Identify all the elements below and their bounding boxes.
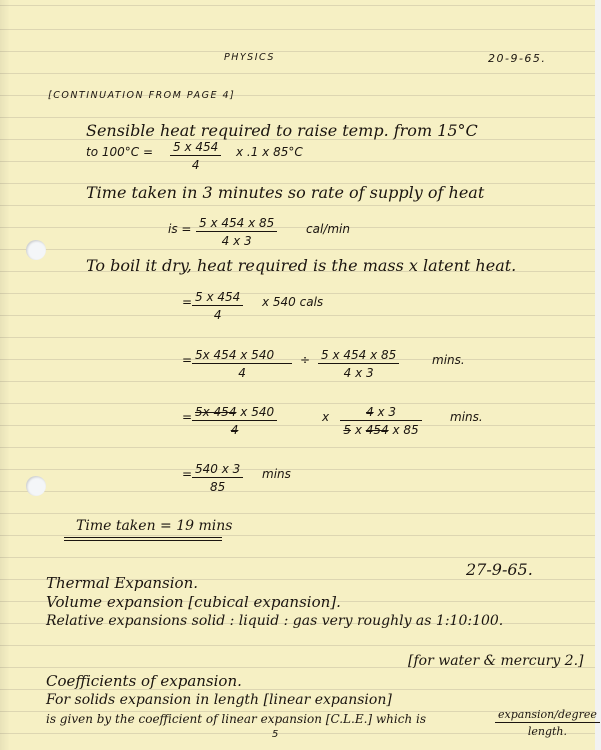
fraction-numerator: 5 x 454 [170,140,221,156]
step3-suffix: mins. [450,410,483,424]
punch-hole-bottom [26,476,46,496]
section2-date: 27-9-65. [466,561,533,579]
sensible-heat-prefix: to 100°C = [86,145,153,159]
page-edge [595,0,601,750]
continuation-note: [CONTINUATION FROM PAGE 4] [48,90,235,101]
rate-fraction: 5 x 454 x 85 4 x 3 [196,216,277,248]
step2-divide: ÷ [300,353,310,367]
header-date: 20-9-65. [488,52,546,65]
cancelled-term: 4 [366,405,374,419]
fraction-numerator: 5x 454 x 540 [192,348,292,364]
fraction-denominator: 4 [192,156,200,172]
relative-expansions-line: Relative expansions solid : liquid : gas… [46,612,503,630]
fraction-denominator: 85 [210,478,225,494]
rate-prefix: is = [168,222,191,236]
rate-line: Time taken in 3 minutes so rate of suppl… [86,184,484,202]
step2-fraction-b: 5 x 454 x 85 4 x 3 [318,348,399,380]
fraction-denominator: length. [528,723,567,738]
thermal-expansion-title: Thermal Expansion. [46,574,198,592]
result-double-underline [64,540,222,541]
linear-expansion-line: For solids expansion in length [linear e… [46,691,392,709]
fraction-denominator: 4 [231,421,239,437]
fraction-denominator: 4 [214,306,222,322]
remaining-term: x 3 [377,405,396,419]
fraction-numerator: 5 x 454 x 85 [196,216,277,232]
result-underline [64,537,222,538]
cancelled-term: 454 [366,423,389,437]
fraction-numerator: 540 x 3 [192,462,243,478]
remaining-term: x 85 [392,423,418,437]
cancelled-term: 5 [343,423,351,437]
step4-fraction: 540 x 3 85 [192,462,243,494]
rate-suffix: cal/min [306,222,350,236]
fraction-numerator: expansion/degree [495,708,600,723]
cle-fraction: expansion/degree length. [495,708,600,738]
coefficients-title: Coefficients of expansion. [46,672,242,690]
sensible-heat-fraction: 5 x 454 4 [170,140,221,172]
step2-suffix: mins. [432,353,465,367]
step2-fraction-a: 5x 454 x 540 4 [192,348,292,380]
step1-fraction: 5 x 454 4 [192,290,243,322]
cle-line: is given by the coefficient of linear ex… [46,710,426,728]
fraction-numerator: 4 x 3 [340,405,422,421]
step3-multiply: x [322,410,329,424]
operator: x [355,423,362,437]
step3-fraction-b: 4 x 3 5 x 454 x 85 [340,405,422,437]
step3-fraction-a: 5x 454 x 540 4 [192,405,277,437]
volume-expansion-line: Volume expansion [cubical expansion]. [46,593,341,611]
sensible-heat-suffix: x .1 x 85°C [236,145,303,159]
water-mercury-note: [for water & mercury 2.] [408,652,584,670]
step1-prefix: = [182,295,192,309]
fraction-denominator: 4 [238,364,246,380]
step2-prefix: = [182,353,192,367]
fraction-denominator: 4 x 3 [222,232,252,248]
fraction-numerator: 5 x 454 x 85 [318,348,399,364]
cancelled-term: 5x 454 [195,405,236,419]
time-taken-result: Time taken = 19 mins [76,517,232,535]
boil-dry-line: To boil it dry, heat required is the mas… [86,257,516,275]
fraction-denominator: 4 x 3 [344,364,374,380]
fraction-numerator: 5x 454 x 540 [192,405,277,421]
step3-prefix: = [182,410,192,424]
subject-heading: PHYSICS [224,52,275,63]
remaining-term: x 540 [240,405,274,419]
fraction-denominator: 5 x 454 x 85 [343,421,418,437]
step1-suffix: x 540 cals [262,295,323,309]
notebook-page: PHYSICS 20-9-65. [CONTINUATION FROM PAGE… [0,0,601,750]
step4-prefix: = [182,467,192,481]
fraction-numerator: 5 x 454 [192,290,243,306]
step4-suffix: mins [262,467,291,481]
page-number: 5 [272,729,278,740]
punch-hole-top [26,240,46,260]
sensible-heat-line: Sensible heat required to raise temp. fr… [86,122,478,140]
